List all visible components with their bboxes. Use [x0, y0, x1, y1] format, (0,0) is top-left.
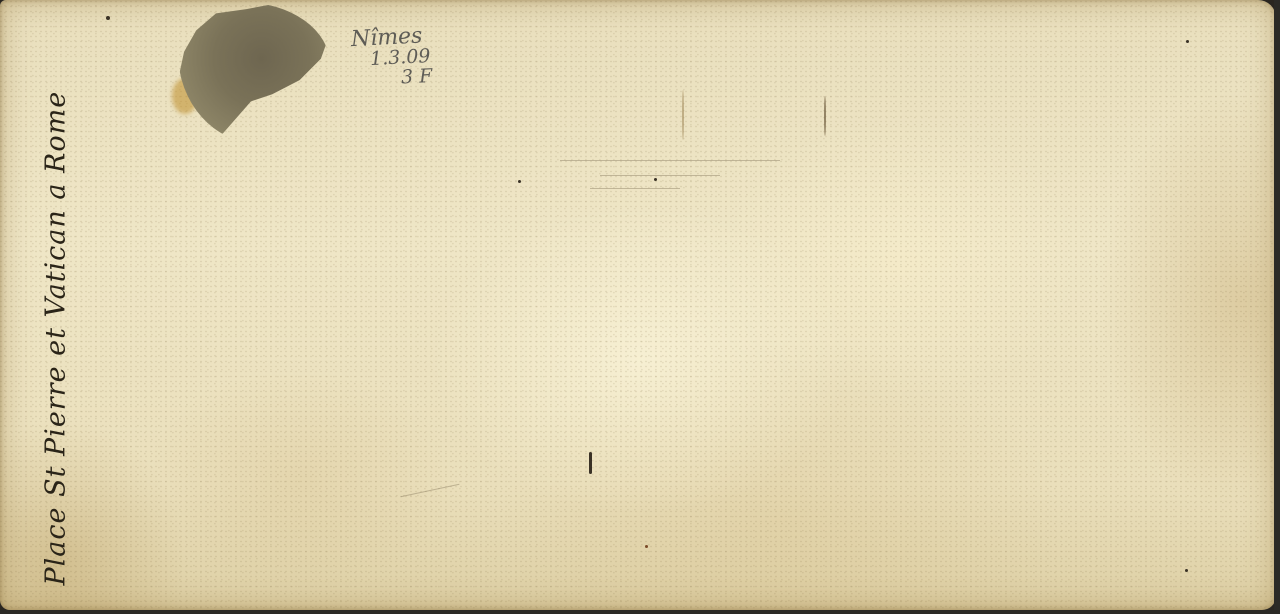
ink-speck [1186, 40, 1189, 43]
ink-caption: Place St Pierre et Vatican a Rome [41, 26, 72, 586]
pencil-annotation: Nîmes 1.3.09 3 F [350, 24, 432, 91]
faint-offset-line [560, 160, 780, 161]
pencil-price: 3 F [401, 67, 433, 89]
ink-speck [106, 16, 110, 20]
stereoview-card-back: Place St Pierre et Vatican a Rome Nîmes … [0, 0, 1276, 610]
scratch-mark [824, 96, 826, 136]
faint-offset-line [590, 188, 680, 189]
ink-speck [645, 545, 648, 548]
scratch-mark [682, 90, 684, 140]
ink-speck [1185, 569, 1188, 572]
ink-speck [589, 452, 592, 474]
faint-offset-line [600, 175, 720, 176]
ink-speck [654, 178, 657, 181]
scan-edge-right [1274, 0, 1280, 614]
ink-speck [518, 180, 521, 183]
scan-edge-bottom [0, 610, 1280, 614]
